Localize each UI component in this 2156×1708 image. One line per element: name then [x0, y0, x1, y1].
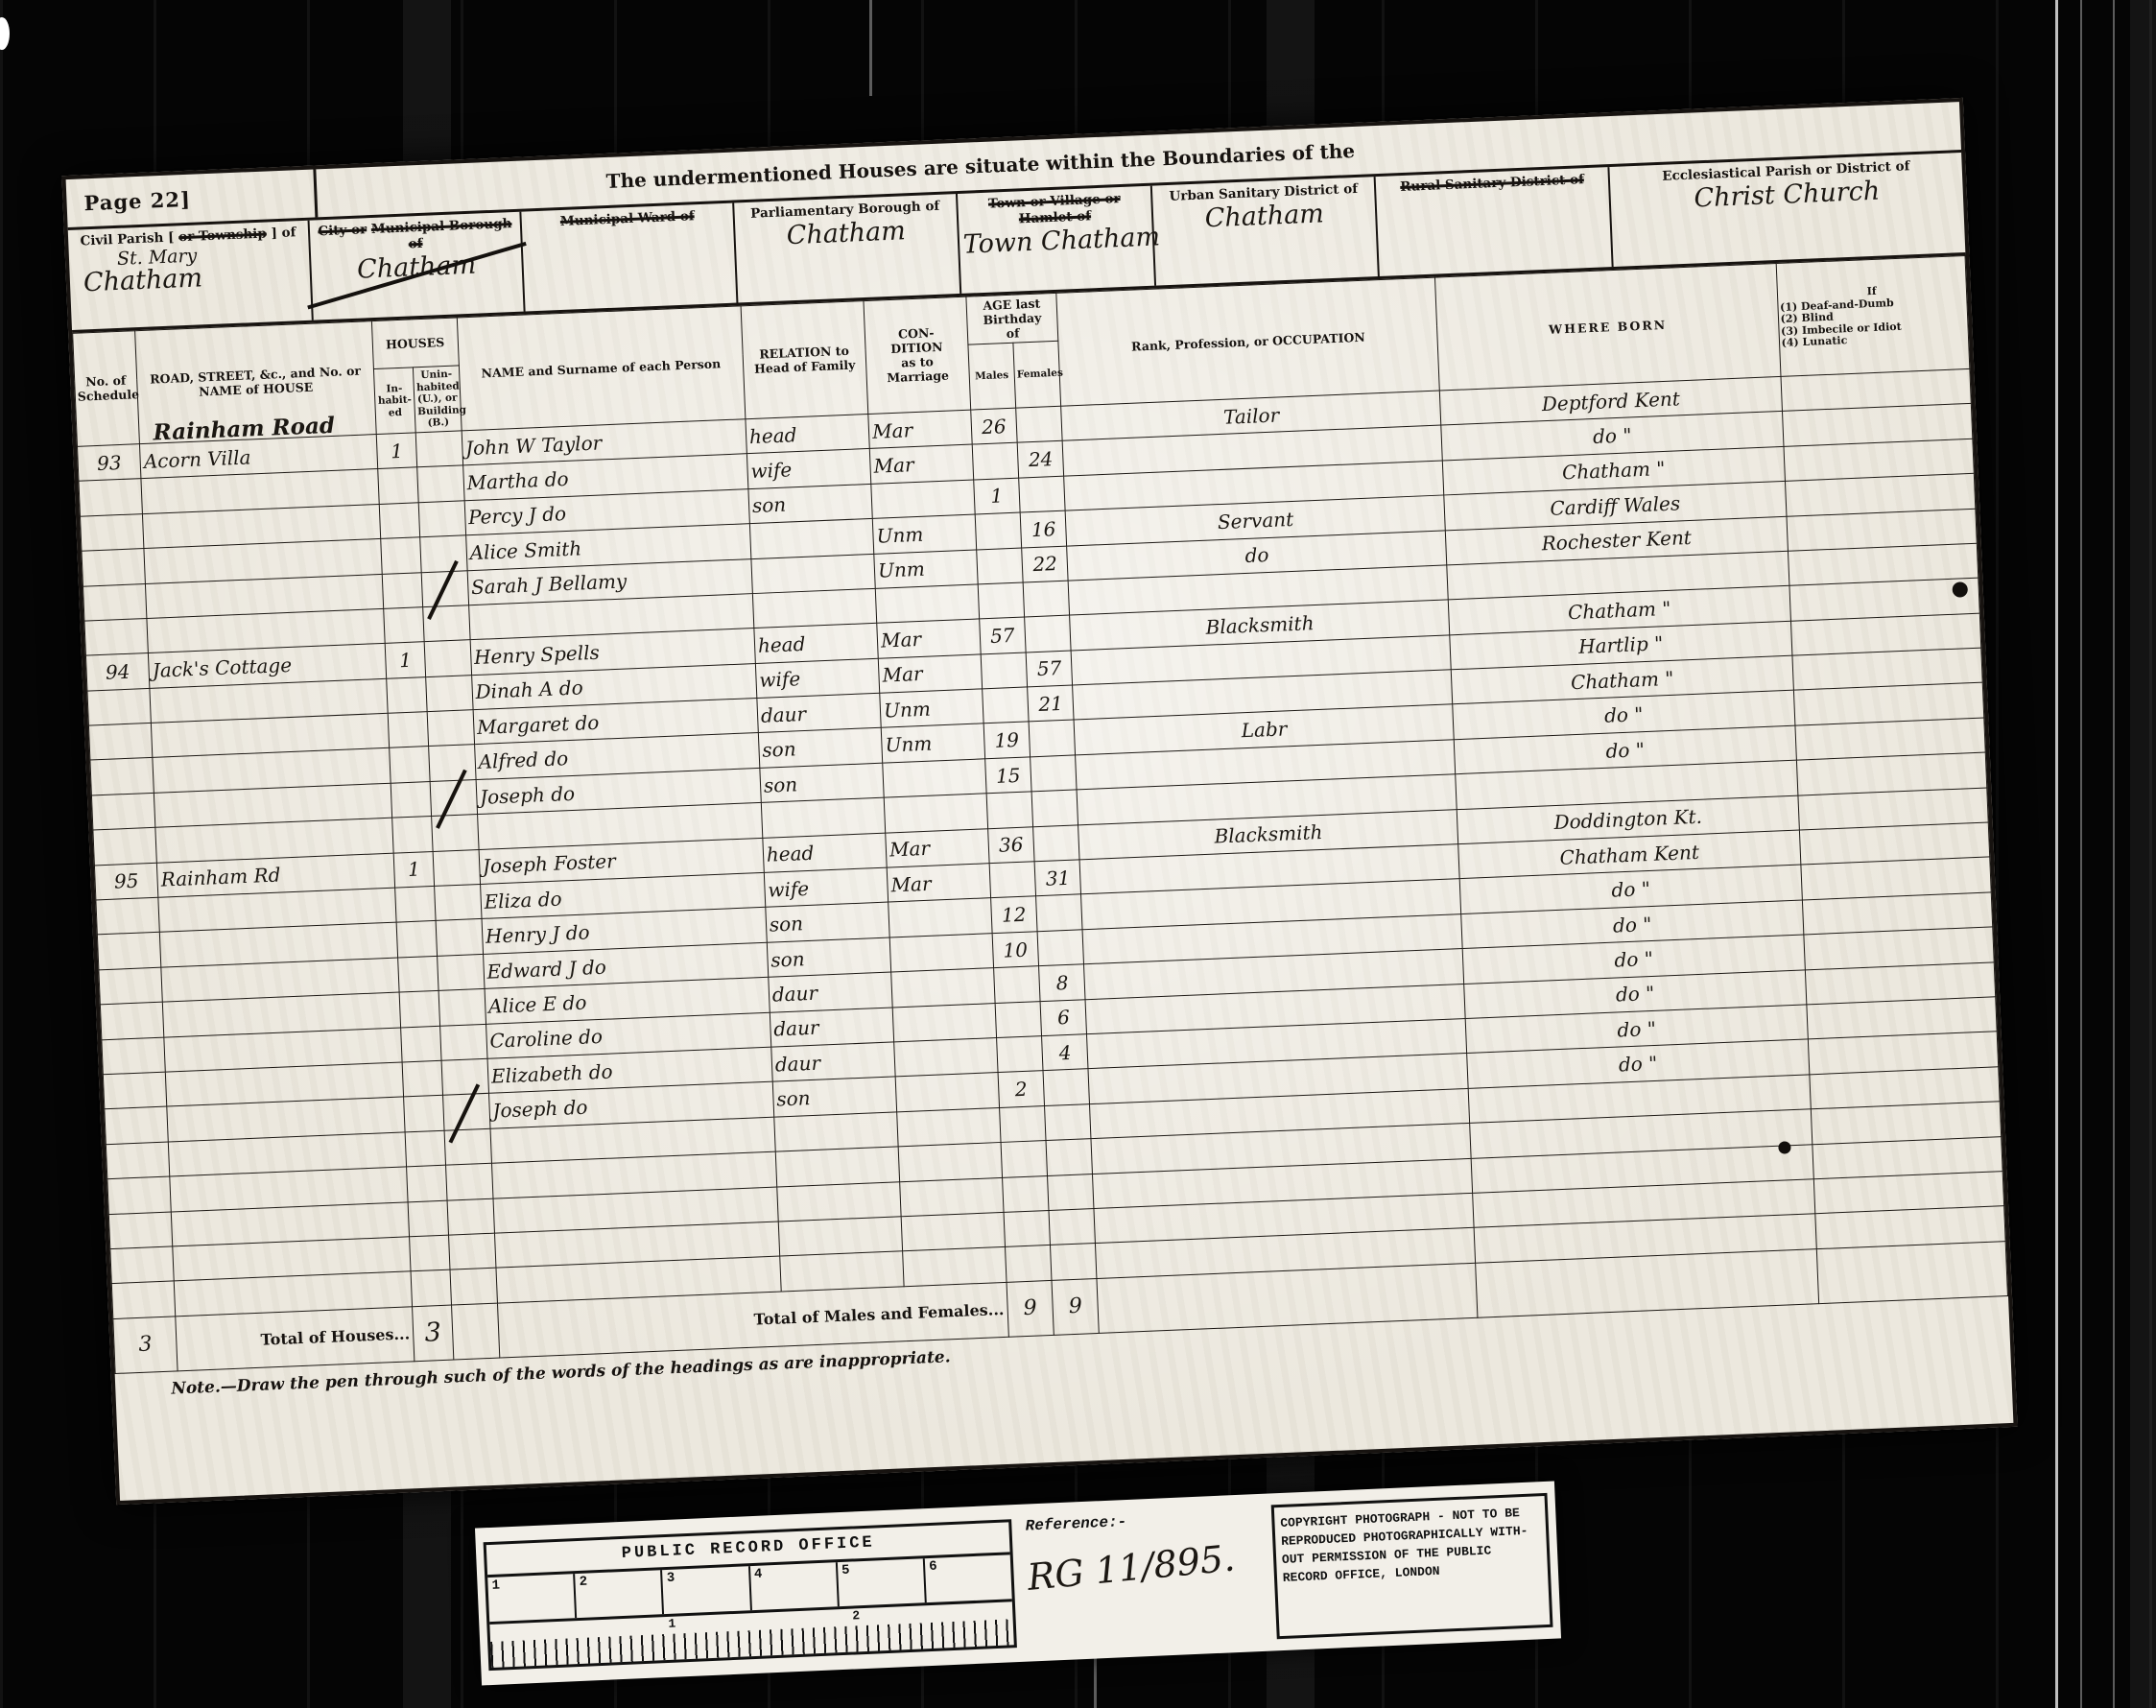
film-scratch [2113, 0, 2115, 1708]
film-scratch [2055, 0, 2058, 1708]
schedule-total-value: 3 [138, 1333, 153, 1358]
total-females-value: 9 [1068, 1294, 1082, 1319]
ruler-cell: 3 [662, 1566, 751, 1614]
admin-box-2: Municipal Ward of [522, 203, 739, 312]
page-number-label: Page 22] [66, 169, 319, 227]
col-condition: CON- DITION as to Marriage [864, 297, 970, 414]
admin-box-5: Urban Sanitary District of Chatham [1152, 177, 1380, 285]
admin-box-value: St. MaryChatham [73, 243, 306, 297]
col-name: NAME and Surname of each Person [457, 306, 746, 431]
col-road: ROAD, STREET, &c., and No. or NAME of HO… [135, 321, 376, 444]
film-scan-background: Page 22] The undermentioned Houses are s… [0, 0, 2156, 1708]
ruler-cell: 1 [487, 1574, 577, 1622]
ruler-cell: 2 [575, 1570, 664, 1618]
col-age: AGE last Birthday of [966, 293, 1059, 344]
reference-section: Reference:- RG 11/895. [1011, 1504, 1271, 1652]
col-born: WHERE BORN [1435, 264, 1781, 391]
admin-box-1: City or Municipal Borough of Chatham [309, 212, 526, 320]
pro-ruler-box: PUBLIC RECORD OFFICE 123456 12 [484, 1519, 1018, 1671]
admin-box-7: Ecclesiastical Parish or District of Chr… [1610, 153, 1966, 267]
col-females: Females [1013, 341, 1061, 408]
admin-box-label: Rural Sanitary District of [1380, 171, 1605, 196]
total-houses-label: Total of Houses... [176, 1306, 415, 1370]
copyright-notice: COPYRIGHT PHOTOGRAPH - NOT TO BEREPRODUC… [1271, 1493, 1553, 1639]
total-males-value: 9 [1023, 1296, 1037, 1321]
film-scratch [2080, 0, 2082, 1708]
col-inhabited: In- habit- ed [373, 368, 415, 435]
total-houses-value: 3 [424, 1317, 441, 1348]
pro-stamp-strip: PUBLIC RECORD OFFICE 123456 12 Reference… [475, 1482, 1561, 1686]
col-occupation: Rank, Profession, or OCCUPATION [1056, 277, 1439, 406]
ruler-cell: 4 [750, 1562, 840, 1610]
census-page-sheet: Page 22] The undermentioned Houses are s… [61, 98, 2017, 1505]
ruler-cell: 6 [925, 1554, 1012, 1602]
film-blemish [0, 17, 10, 50]
admin-box-3: Parliamentary Borough of Chatham [734, 194, 961, 302]
ruler-cell: 5 [838, 1558, 927, 1606]
reference-label: Reference:- [1025, 1507, 1266, 1535]
reference-number: RG 11/895. [1026, 1533, 1269, 1599]
census-table: No. of Schedule ROAD, STREET, &c., and N… [72, 255, 2008, 1374]
film-scratch [869, 0, 872, 96]
admin-box-0: Civil Parish [ or Township ] of St. Mary… [68, 221, 314, 330]
admin-box-6: Rural Sanitary District of [1376, 167, 1614, 276]
col-uninhabited: Unin- habited (U.), or Building (B.) [414, 366, 462, 433]
col-schedule: No. of Schedule [73, 331, 140, 447]
col-houses: HOUSES [371, 318, 459, 369]
col-males: Males [968, 343, 1016, 410]
col-disability: If (1) Deaf-and-Dumb (2) Blind (3) Imbec… [1776, 255, 1970, 376]
admin-box-value: Town Chatham [962, 225, 1149, 258]
admin-box-4: Town or Village or Hamlet of Town Chatha… [958, 186, 1157, 294]
col-relation: RELATION to Head of Family [741, 301, 868, 419]
admin-box-label: Municipal Ward of [526, 207, 729, 232]
